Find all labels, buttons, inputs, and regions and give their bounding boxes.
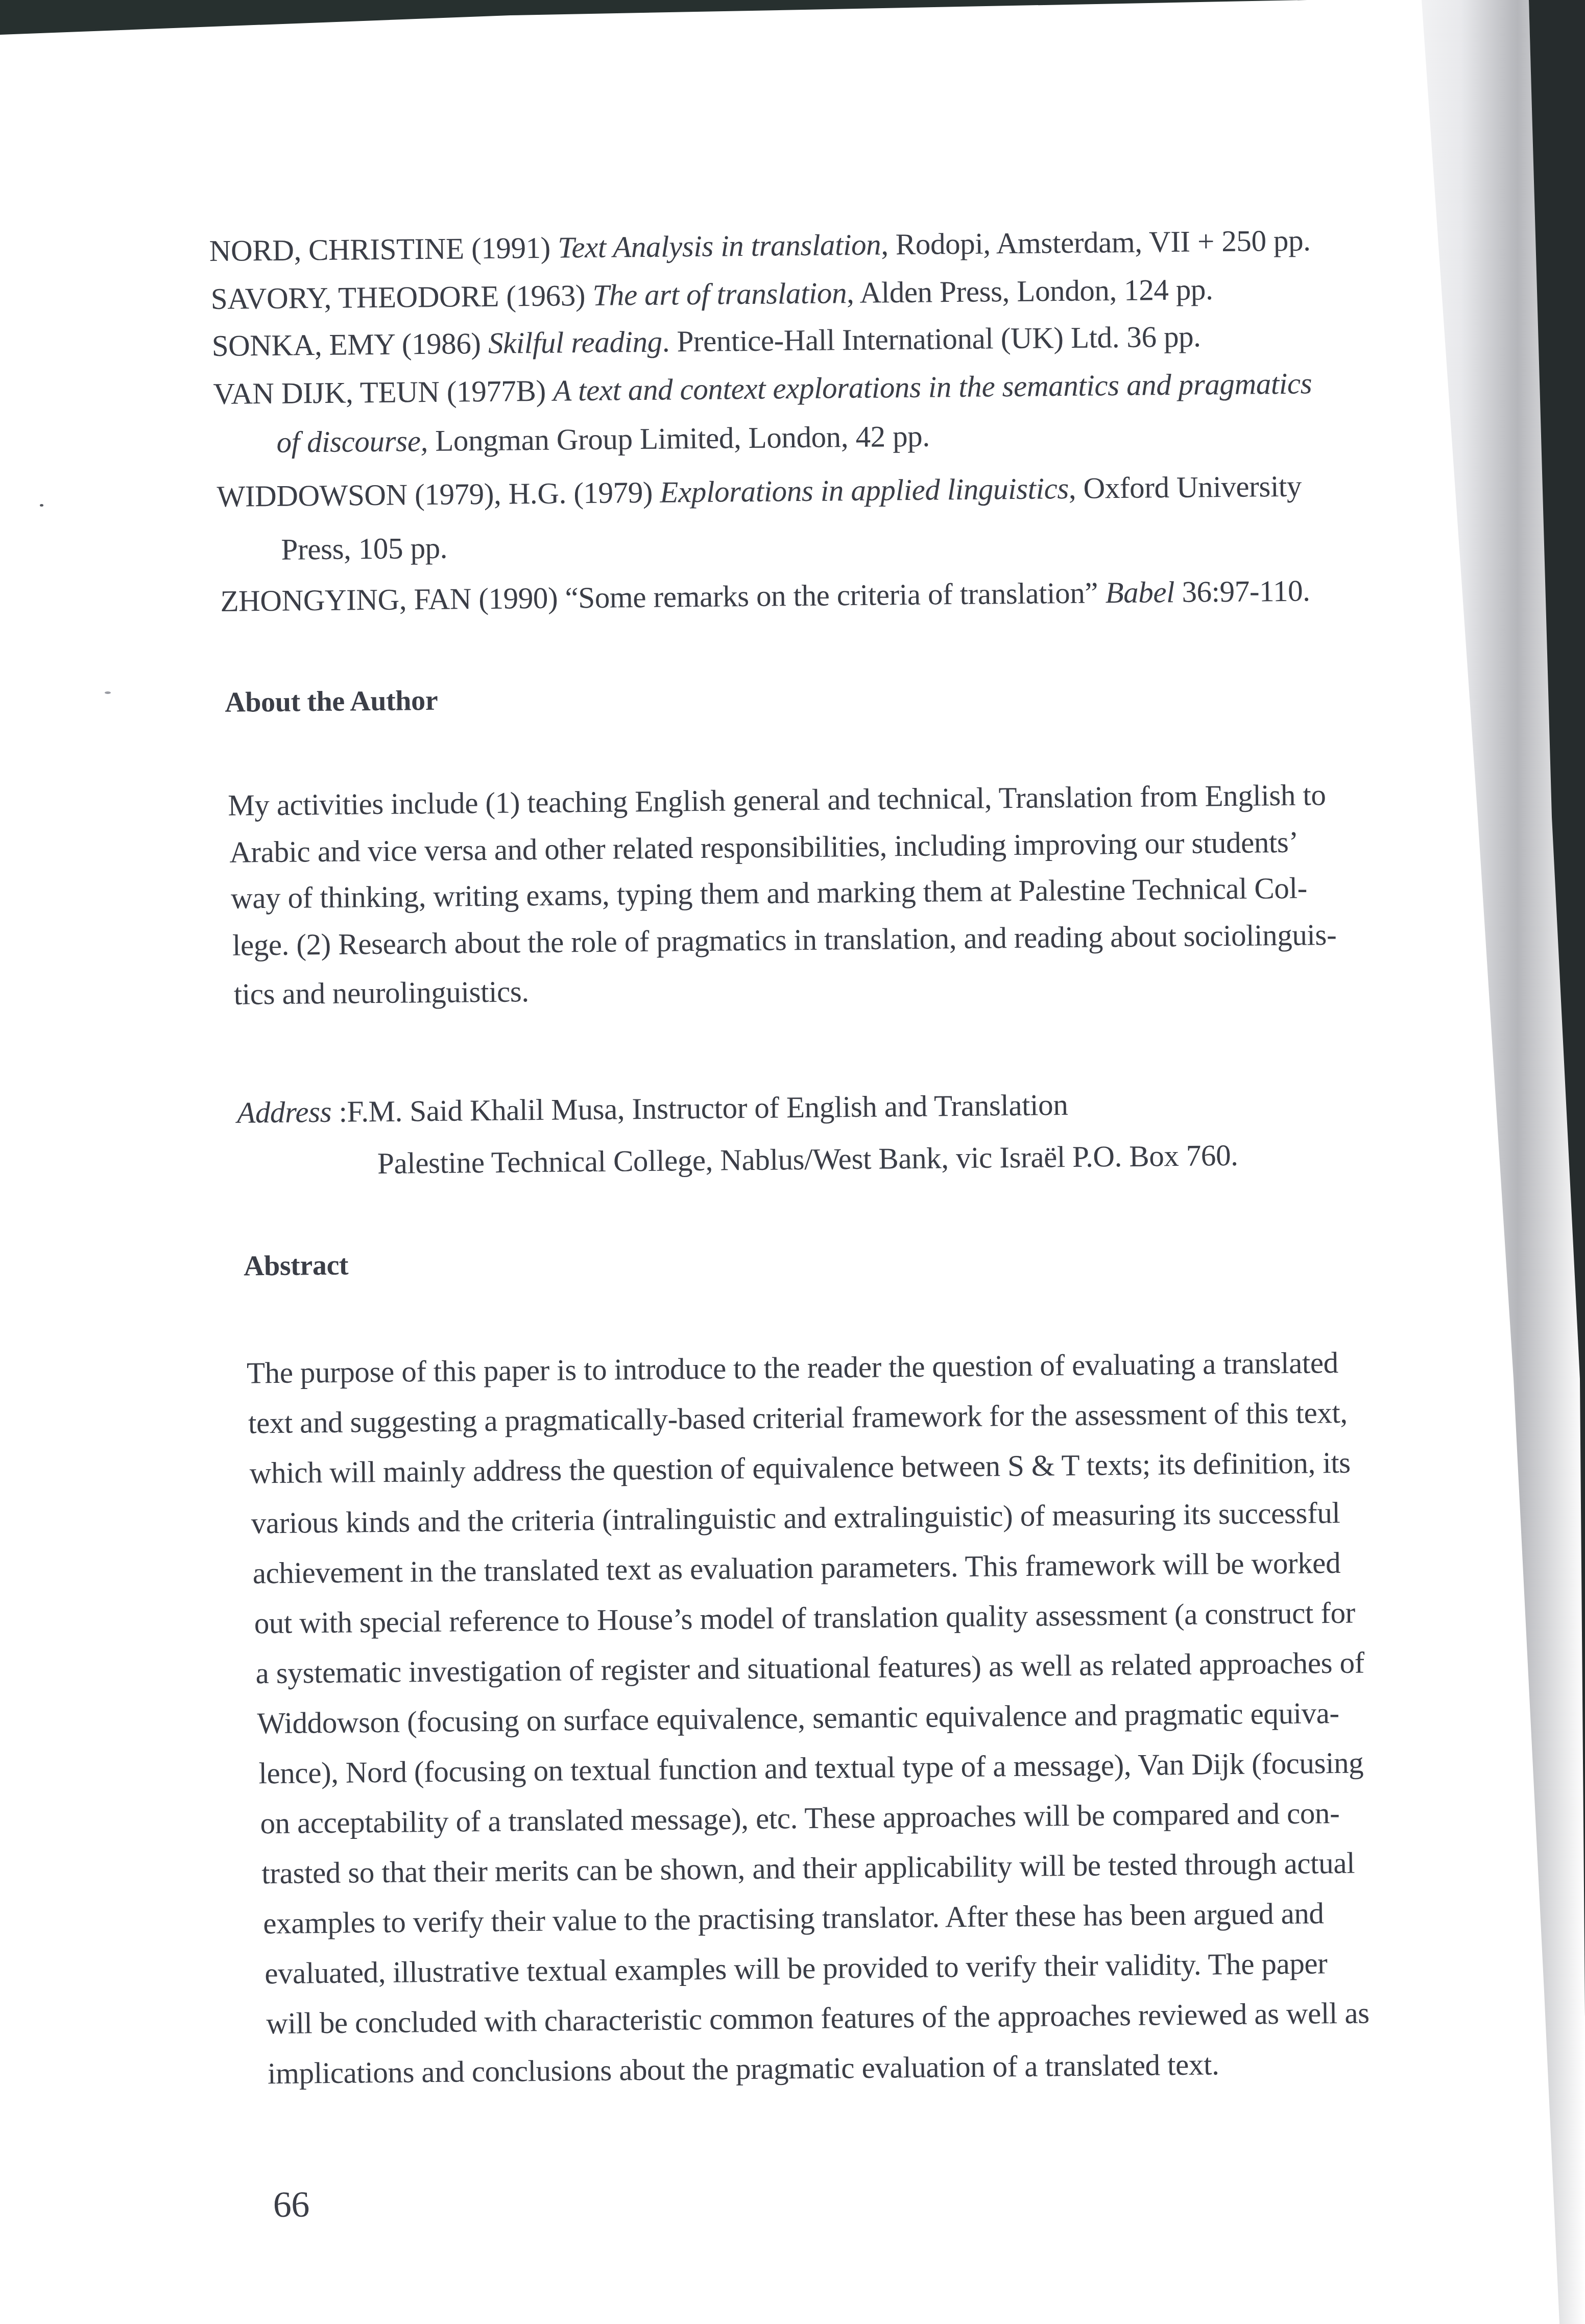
- paragraph-line: trasted so that their merits can be show…: [261, 1848, 1355, 1889]
- reference-entry: SAVORY, THEODORE (1963) The art of trans…: [211, 274, 1213, 314]
- paragraph-line: on acceptability of a translated message…: [260, 1798, 1339, 1838]
- reference-entry: WIDDOWSON (1979), H.G. (1979) Exploratio…: [217, 471, 1302, 512]
- paragraph-line: Widdowson (focusing on surface equivalen…: [257, 1698, 1339, 1738]
- paragraph-line: Arabic and vice versa and other related …: [229, 827, 1299, 868]
- document-page: NORD, CHRISTINE (1991) Text Analysis in …: [0, 0, 1585, 2324]
- abstract-heading: Abstract: [244, 1251, 349, 1281]
- reference-entry: ZHONGYING, FAN (1990) “Some remarks on t…: [220, 576, 1310, 616]
- paragraph-line: tics and neurolinguistics.: [234, 976, 529, 1010]
- about-author-paragraph: My activities include (1) teaching Engli…: [0, 0, 1582, 2]
- paragraph-line: which will mainly address the question o…: [250, 1448, 1351, 1489]
- paragraph-line: various kinds and the criteria (intralin…: [251, 1498, 1340, 1538]
- paragraph-line: My activities include (1) teaching Engli…: [228, 780, 1326, 821]
- reference-entry: VAN DIJK, TEUN (1977B) A text and contex…: [213, 368, 1312, 409]
- paragraph-line: out with special reference to House’s mo…: [254, 1598, 1355, 1639]
- reference-entry-continuation: Press, 105 pp.: [281, 533, 447, 565]
- reference-entry-continuation: of discourse, Longman Group Limited, Lon…: [276, 421, 930, 458]
- abstract-paragraph: The purpose of this paper is to introduc…: [0, 0, 1582, 2]
- paragraph-line: a systematic investigation of register a…: [255, 1648, 1364, 1689]
- paragraph-line: achievement in the translated text as ev…: [252, 1548, 1340, 1588]
- paragraph-line: text and suggesting a pragmatically-base…: [248, 1398, 1348, 1439]
- paragraph-line: lege. (2) Research about the role of pra…: [232, 920, 1337, 961]
- paragraph-line: lence), Nord (focusing on textual functi…: [258, 1748, 1363, 1789]
- page-number: 66: [273, 2186, 309, 2223]
- paragraph-line: implications and conclusions about the p…: [268, 2049, 1219, 2089]
- references-list: NORD, CHRISTINE (1991) Text Analysis in …: [0, 0, 1582, 2]
- paragraph-line: The purpose of this paper is to introduc…: [247, 1348, 1338, 1388]
- reference-entry: NORD, CHRISTINE (1991) Text Analysis in …: [209, 225, 1311, 266]
- paragraph-line: way of thinking, writing exams, typing t…: [231, 873, 1307, 914]
- paragraph-line: will be concluded with characteristic co…: [266, 1998, 1370, 2039]
- address-line: Palestine Technical College, Nablus/West…: [377, 1140, 1238, 1179]
- address-label: Address: [237, 1095, 332, 1130]
- reference-entry: SONKA, EMY (1986) Skilful reading. Prent…: [211, 321, 1200, 361]
- address-block: Address :F.M. Said Khalil Musa, Instruct…: [0, 0, 1582, 2]
- address-line: Address :F.M. Said Khalil Musa, Instruct…: [237, 1090, 1068, 1128]
- about-author-heading: About the Author: [225, 686, 438, 717]
- paragraph-line: evaluated, illustrative textual examples…: [265, 1948, 1328, 1988]
- paragraph-line: examples to verify their value to the pr…: [263, 1898, 1324, 1938]
